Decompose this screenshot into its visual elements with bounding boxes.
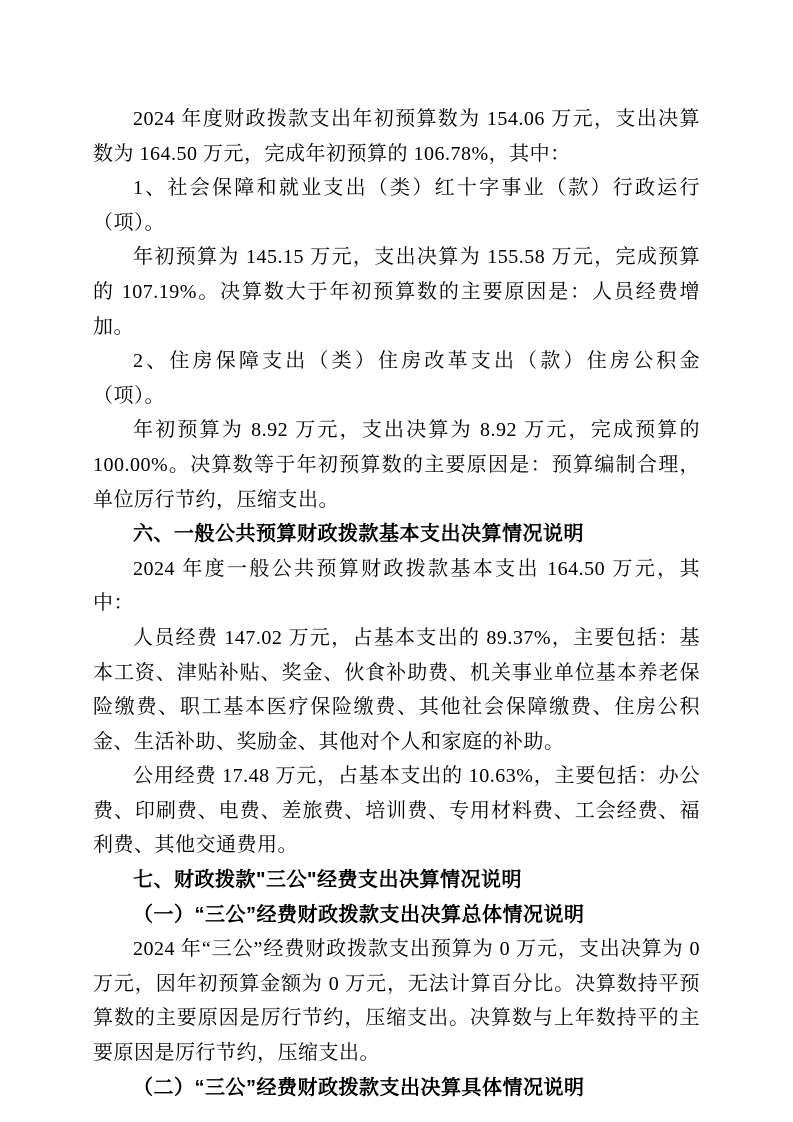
section-heading-six: 六、一般公共预算财政拨款基本支出决算情况说明 <box>93 517 700 552</box>
section-heading-seven: 七、财政拨款"三公"经费支出决算情况说明 <box>93 863 700 898</box>
subsection-heading-one: （一）“三公”经费财政拨款支出决算总体情况说明 <box>93 898 700 933</box>
paragraph-personnel-funds: 人员经费 147.02 万元，占基本支出的 89.37%，主要包括：基本工资、津… <box>93 621 700 759</box>
document-body: 2024 年度财政拨款支出年初预算数为 154.06 万元，支出决算数为 164… <box>93 102 700 1105</box>
paragraph-basic-expenditure-overview: 2024 年度一般公共预算财政拨款基本支出 164.50 万元，其中： <box>93 552 700 621</box>
paragraph-three-public-funds-detail: 2024 年“三公”经费财政拨款支出预算为 0 万元，支出决算为 0 万元，因年… <box>93 932 700 1070</box>
paragraph-fiscal-expenditure-overview: 2024 年度财政拨款支出年初预算数为 154.06 万元，支出决算数为 164… <box>93 102 700 171</box>
paragraph-public-funds: 公用经费 17.48 万元，占基本支出的 10.63%，主要包括：办公费、印刷费… <box>93 759 700 863</box>
paragraph-item2-housing: 2、住房保障支出（类）住房改革支出（款）住房公积金（项）。 <box>93 344 700 413</box>
subsection-heading-two: （二）“三公”经费财政拨款支出决算具体情况说明 <box>93 1071 700 1106</box>
paragraph-item1-social-security: 1、社会保障和就业支出（类）红十字事业（款）行政运行（项）。 <box>93 171 700 240</box>
paragraph-item1-detail: 年初预算为 145.15 万元，支出决算为 155.58 万元，完成预算的 10… <box>93 240 700 344</box>
document-page: 2024 年度财政拨款支出年初预算数为 154.06 万元，支出决算数为 164… <box>0 0 793 1122</box>
paragraph-item2-detail: 年初预算为 8.92 万元，支出决算为 8.92 万元，完成预算的 100.00… <box>93 413 700 517</box>
